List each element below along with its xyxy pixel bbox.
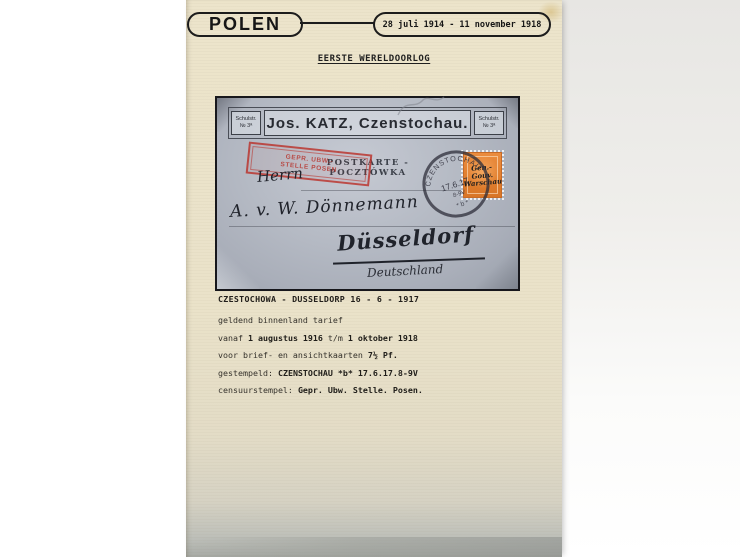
card-corner-shadow [476, 247, 518, 289]
handwritten-addressee: A. v. W. Dönnemann [230, 192, 420, 222]
postmark-index-letter: * b * [456, 199, 470, 210]
handwritten-country: Deutschland [367, 262, 444, 280]
caption-text-bold: Gepr. Ubw. Stelle. Posen. [298, 385, 423, 395]
album-page: POLEN 28 juli 1914 - 11 november 1918 EE… [186, 0, 562, 557]
header-connector-line [300, 22, 374, 24]
tariff-line: vanaf 1 augustus 1916 t/m 1 oktober 1918 [218, 334, 552, 343]
address-box-left-line1: Schulstr. [235, 116, 256, 123]
period-label: 28 juli 1914 - 11 november 1918 [383, 20, 542, 30]
postmark-description-line: gestempeld: CZENSTOCHAU *b* 17.6.17.8-9V [218, 369, 552, 378]
postmark-date: 17.6.17. [440, 174, 472, 193]
tariff-line: voor brief- en ansichtkaarten 7½ Pf. [218, 351, 552, 360]
caption-text: t/m [323, 333, 348, 343]
caption-text-bold: 7½ Pf. [368, 350, 398, 360]
caption-text-bold: 1 augustus 1916 [248, 333, 323, 343]
address-box-left: Schulstr. № 3ª [231, 111, 261, 135]
photo-background-right [562, 0, 740, 557]
handwritten-salutation: Herrn [256, 164, 303, 186]
country-title: POLEN [209, 14, 281, 35]
caption-text-bold: 1 oktober 1918 [348, 333, 418, 343]
address-box-right: Schulstr. № 3ª [474, 111, 504, 135]
caption-text: censuurstempel: [218, 385, 298, 395]
address-box-right-line2: № 3ª [483, 123, 496, 130]
censor-description-line: censuurstempel: Gepr. Ubw. Stelle. Posen… [218, 386, 552, 395]
caption-text: vanaf [218, 333, 248, 343]
caption-block: CZESTOCHOWA - DUSSELDORP 16 - 6 - 1917 g… [218, 295, 552, 404]
pencil-squiggle [395, 94, 447, 120]
page-bottom-shadow [186, 537, 562, 557]
tariff-line: geldend binnenland tarief [218, 316, 552, 325]
card-corner-shadow [217, 247, 259, 289]
album-page-photo: POLEN 28 juli 1914 - 11 november 1918 EE… [0, 0, 740, 557]
postmark-time: 8-9V [452, 190, 466, 200]
caption-text: voor brief- en ansichtkaarten [218, 350, 368, 360]
postmark-czenstochau: CZENSTOCHAU 17.6.17. 8-9V * b * [418, 146, 494, 222]
caption-text: gestempeld: [218, 368, 278, 378]
address-box-left-line2: № 3ª [240, 123, 253, 130]
caption-text-bold: CZENSTOCHAU *b* 17.6.17.8-9V [278, 368, 418, 378]
caption-text: geldend binnenland tarief [218, 315, 343, 325]
address-box-right-line1: Schulstr. [478, 116, 499, 123]
route-caption: CZESTOCHOWA - DUSSELDORP 16 - 6 - 1917 [218, 295, 552, 304]
postcard: Schulstr. № 3ª Jos. KATZ, Czenstochau. S… [215, 96, 520, 291]
country-title-capsule: POLEN [187, 12, 303, 37]
section-title: EERSTE WERELDOORLOG [186, 54, 562, 64]
shop-header-band: Schulstr. № 3ª Jos. KATZ, Czenstochau. S… [228, 107, 507, 139]
period-capsule: 28 juli 1914 - 11 november 1918 [373, 12, 551, 37]
